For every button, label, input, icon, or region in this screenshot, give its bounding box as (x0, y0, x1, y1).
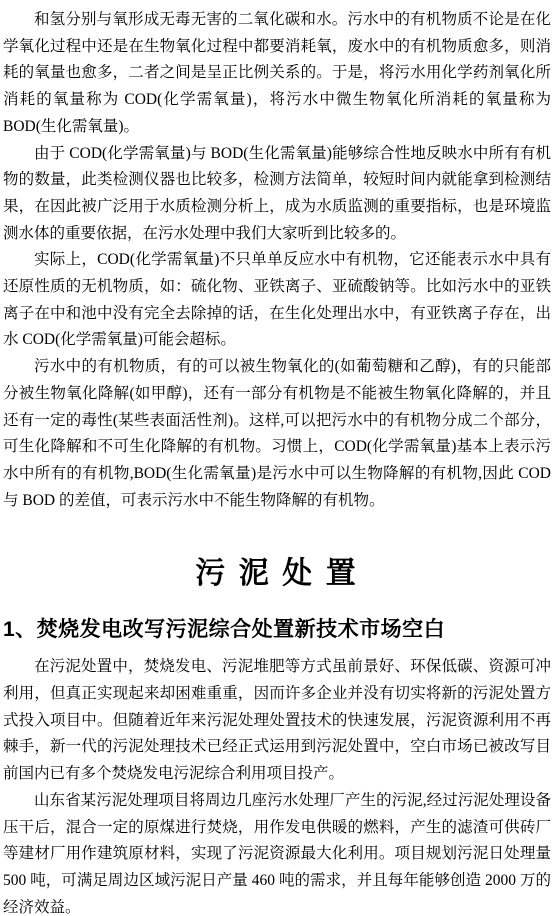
body-paragraph: 实际上，COD(化学需氧量)不只单单反应水中有机物，它还能表示水中具有还原性质的… (3, 247, 551, 354)
body-paragraph: 污水中的有机物质，有的可以被生物氧化的(如葡萄糖和乙醇)，有的只能部分被生物氧化… (3, 354, 551, 514)
body-paragraph: 山东省某污泥处理项目将周边几座污水处理厂产生的污泥,经过污泥处理设备压干后，混合… (3, 788, 551, 916)
body-paragraph: 在污泥处置中，焚烧发电、污泥堆肥等方式虽前景好、环保低碳、资源可冲利用，但真正实… (3, 654, 551, 788)
body-paragraph: 由于 COD(化学需氧量)与 BOD(生化需氧量)能够综合性地反映水中所有有机物… (3, 141, 551, 248)
body-paragraph: 和氢分别与氧形成无毒无害的二氧化碳和水。污水中的有机物质不论是在化学氧化过程中还… (3, 7, 551, 141)
chapter-title: 污 泥 处 置 (3, 554, 551, 594)
section-heading: 1、焚烧发电改写污泥综合处置新技术市场空白 (3, 616, 551, 644)
document-page: 和氢分别与氧形成无毒无害的二氧化碳和水。污水中的有机物质不论是在化学氧化过程中还… (0, 0, 554, 916)
